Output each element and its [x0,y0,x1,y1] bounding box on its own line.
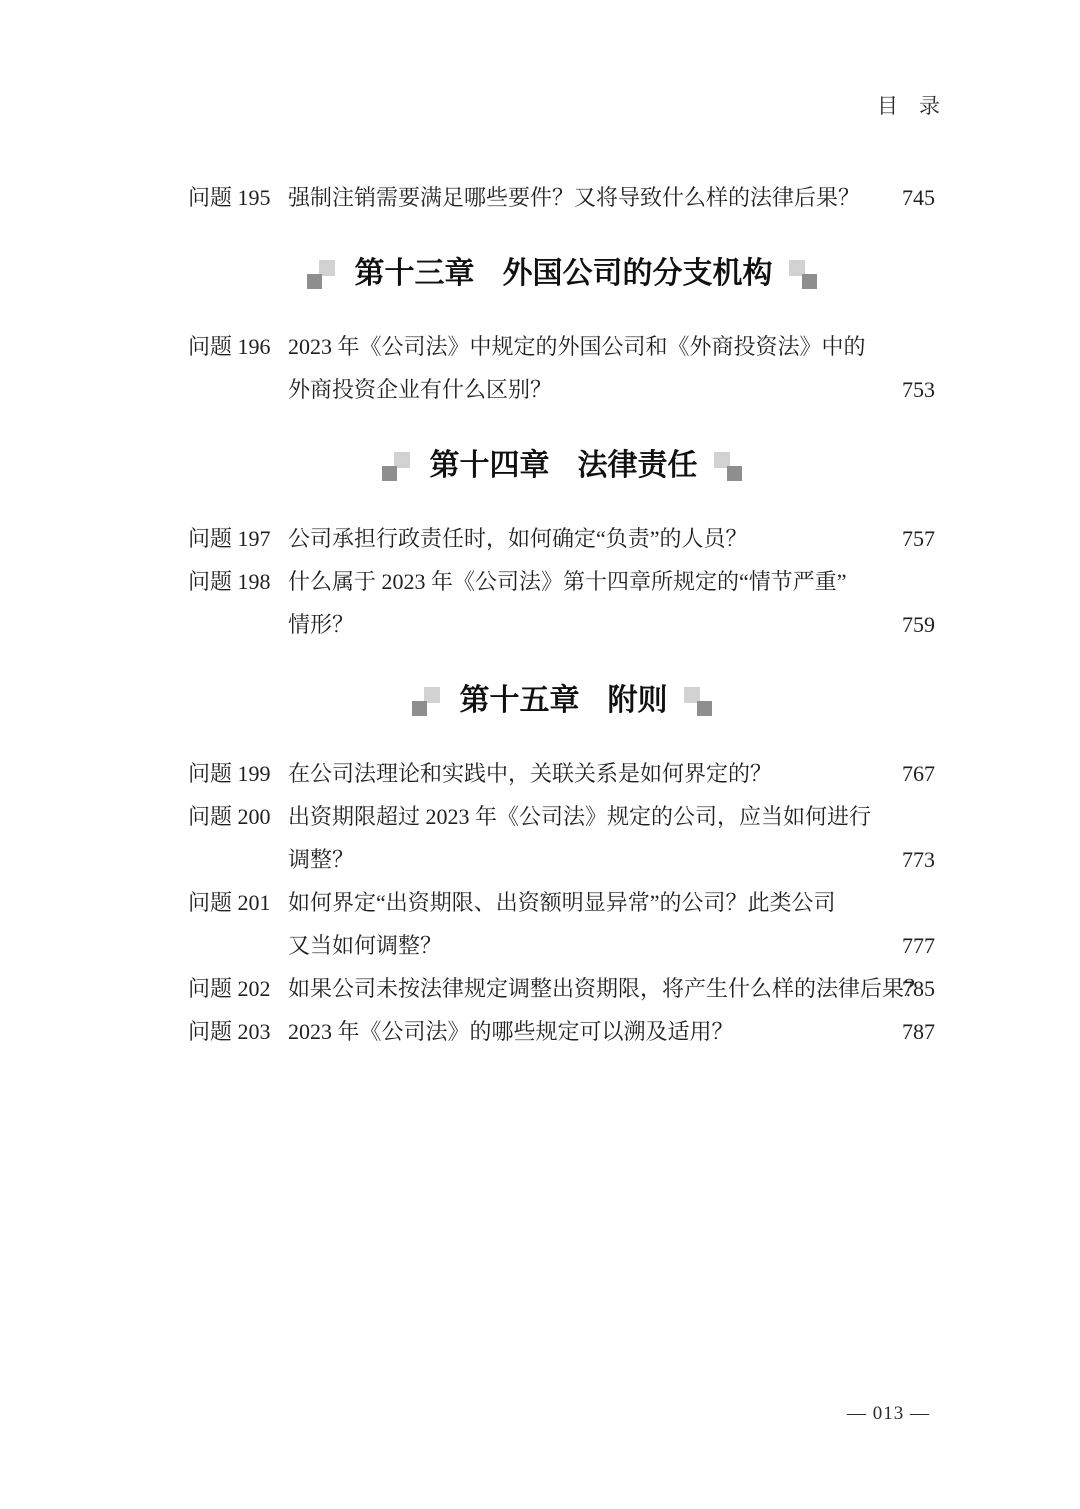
chapter-heading: 第十四章 法律责任 [188,445,935,487]
chapter-title: 法律责任 [578,445,698,487]
question-text: 什么属于 2023 年《公司法》第十四章所规定的“情节严重” 情形？ [288,560,883,646]
question-label: 问题 202 [188,967,288,1010]
page-number: 759 [883,603,935,646]
chapter-title: 外国公司的分支机构 [503,253,773,295]
toc-entry: 问题 200 出资期限超过 2023 年《公司法》规定的公司，应当如何进行 调整… [188,795,935,881]
chapter-ornament-right-icon [789,260,817,289]
question-label: 问题 201 [188,881,288,924]
question-label: 问题 199 [188,752,288,795]
page-number: 777 [883,924,935,967]
chapter-title: 附则 [608,680,668,722]
question-label: 问题 195 [188,176,288,219]
chapter-number: 第十三章 [355,253,475,295]
toc-entry: 问题 196 2023 年《公司法》中规定的外国公司和《外商投资法》中的 外商投… [188,325,935,411]
page-number: 745 [883,176,935,219]
chapter-ornament-left-icon [382,452,410,481]
chapter-number: 第十五章 [460,680,580,722]
page-number: 787 [883,1010,935,1053]
page-number: 785 [883,967,935,1010]
question-label: 问题 196 [188,325,288,368]
toc-entry: 问题 195 强制注销需要满足哪些要件？又将导致什么样的法律后果？ 745 [188,176,935,219]
chapter-ornament-left-icon [412,687,440,716]
chapter-ornament-left-icon [307,260,335,289]
page-number: 773 [883,838,935,881]
question-label: 问题 203 [188,1010,288,1053]
chapter-ornament-right-icon [714,452,742,481]
chapter-heading: 第十五章 附则 [188,680,935,722]
running-head: 目 录 [877,90,940,120]
page-number: 757 [883,517,935,560]
page-number: 767 [883,752,935,795]
folio-page-number: — 013 — [847,1403,930,1425]
question-text: 公司承担行政责任时，如何确定“负责”的人员？ [288,517,883,560]
toc-entry: 问题 199 在公司法理论和实践中，关联关系是如何界定的？ 767 [188,752,935,795]
question-text: 在公司法理论和实践中，关联关系是如何界定的？ [288,752,883,795]
question-text: 如果公司未按法律规定调整出资期限，将产生什么样的法律后果？ [288,967,883,1010]
toc-page: 目 录 问题 195 强制注销需要满足哪些要件？又将导致什么样的法律后果？ 74… [0,0,1080,1509]
toc-entry: 问题 202 如果公司未按法律规定调整出资期限，将产生什么样的法律后果？ 785 [188,967,935,1010]
toc-entry: 问题 198 什么属于 2023 年《公司法》第十四章所规定的“情节严重” 情形… [188,560,935,646]
question-text: 出资期限超过 2023 年《公司法》规定的公司，应当如何进行 调整？ [288,795,883,881]
question-text: 强制注销需要满足哪些要件？又将导致什么样的法律后果？ [288,176,883,219]
toc-entry: 问题 197 公司承担行政责任时，如何确定“负责”的人员？ 757 [188,517,935,560]
chapter-number: 第十四章 [430,445,550,487]
question-label: 问题 200 [188,795,288,838]
question-label: 问题 197 [188,517,288,560]
question-text: 2023 年《公司法》的哪些规定可以溯及适用？ [288,1010,883,1053]
question-text: 如何界定“出资期限、出资额明显异常”的公司？此类公司 又当如何调整？ [288,881,883,967]
chapter-heading: 第十三章 外国公司的分支机构 [188,253,935,295]
toc-entry: 问题 201 如何界定“出资期限、出资额明显异常”的公司？此类公司 又当如何调整… [188,881,935,967]
toc-entry: 问题 203 2023 年《公司法》的哪些规定可以溯及适用？ 787 [188,1010,935,1053]
question-label: 问题 198 [188,560,288,603]
page-number: 753 [883,368,935,411]
toc-content: 问题 195 强制注销需要满足哪些要件？又将导致什么样的法律后果？ 745 第十… [188,176,935,1053]
chapter-ornament-right-icon [684,687,712,716]
question-text: 2023 年《公司法》中规定的外国公司和《外商投资法》中的 外商投资企业有什么区… [288,325,883,411]
